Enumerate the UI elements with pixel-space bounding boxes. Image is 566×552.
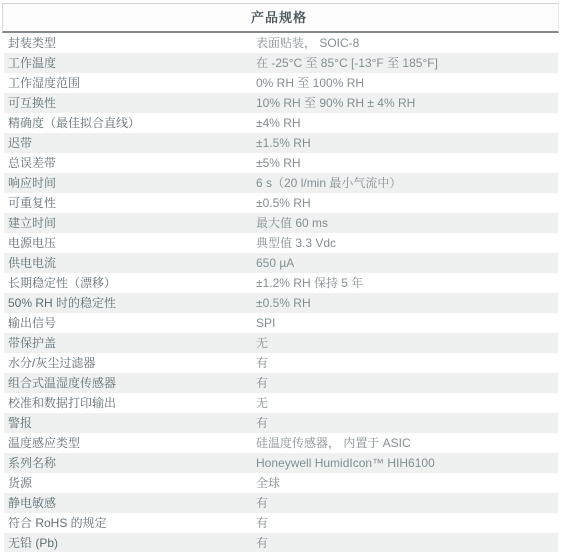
table-row: 温度感应类型 硅温度传感器， 内置于 ASIC [4, 433, 558, 453]
row-label: 电源电压 [4, 233, 252, 253]
table-row: 响应时间 6 s（20 l/min 最小气流中） [4, 173, 558, 193]
row-label: 可重复性 [4, 193, 252, 213]
product-spec-table: 产品规格 封装类型 表面贴装， SOIC-8 工作温度 在 -25°C 至 85… [2, 3, 559, 552]
table-row: 带保护盖 无 [4, 333, 558, 353]
table-row: 静电敏感 有 [4, 493, 558, 513]
row-value: 6 s（20 l/min 最小气流中） [252, 173, 558, 193]
row-label: 带保护盖 [4, 333, 252, 353]
row-value: 无 [252, 393, 558, 413]
row-label: 长期稳定性（漂移） [4, 273, 252, 293]
row-value: 有 [252, 493, 558, 513]
row-value: ±1.5% RH [252, 133, 558, 153]
table-row: 符合 RoHS 的规定 有 [4, 513, 558, 533]
table-row: 可重复性 ±0.5% RH [4, 193, 558, 213]
row-label: 封装类型 [4, 33, 252, 53]
row-label: 温度感应类型 [4, 433, 252, 453]
table-row: 长期稳定性（漂移） ±1.2% RH 保持 5 年 [4, 273, 558, 293]
row-value: 有 [252, 373, 558, 393]
row-value: 650 µA [252, 253, 558, 273]
table-row: 封装类型 表面贴装， SOIC-8 [4, 33, 558, 53]
row-label: 无铅 (Pb) [4, 533, 252, 552]
table-row: 电源电压 典型值 3.3 Vdc [4, 233, 558, 253]
row-label: 输出信号 [4, 313, 252, 333]
table-row: 精确度（最佳拟合直线） ±4% RH [4, 113, 558, 133]
table-row: 50% RH 时的稳定性 ±0.5% RH [4, 293, 558, 313]
table-row: 货源 全球 [4, 473, 558, 493]
table-row: 工作温度 在 -25°C 至 85°C [-13°F 至 185°F] [4, 53, 558, 73]
row-value: 10% RH 至 90% RH ± 4% RH [252, 93, 558, 113]
table-row: 可互换性 10% RH 至 90% RH ± 4% RH [4, 93, 558, 113]
row-value: 硅温度传感器， 内置于 ASIC [252, 433, 558, 453]
row-label: 符合 RoHS 的规定 [4, 513, 252, 533]
row-value: 有 [252, 413, 558, 433]
row-value: 有 [252, 513, 558, 533]
row-label: 组合式温湿度传感器 [4, 373, 252, 393]
table-row: 警报 有 [4, 413, 558, 433]
row-label: 工作湿度范围 [4, 73, 252, 93]
row-value: 在 -25°C 至 85°C [-13°F 至 185°F] [252, 53, 558, 73]
row-value: ±4% RH [252, 113, 558, 133]
row-label: 水分/灰尘过滤器 [4, 353, 252, 373]
row-label: 响应时间 [4, 173, 252, 193]
row-value: ±0.5% RH [252, 193, 558, 213]
row-value: 有 [252, 533, 558, 552]
table-row: 工作湿度范围 0% RH 至 100% RH [4, 73, 558, 93]
row-label: 可互换性 [4, 93, 252, 113]
row-value: 无 [252, 333, 558, 353]
table-header: 产品规格 [2, 3, 559, 33]
row-value: 全球 [252, 473, 558, 493]
table-row: 无铅 (Pb) 有 [4, 533, 558, 552]
row-label: 供电电流 [4, 253, 252, 273]
row-label: 警报 [4, 413, 252, 433]
table-row: 总误差带 ±5% RH [4, 153, 558, 173]
row-value: 有 [252, 353, 558, 373]
table-row: 供电电流 650 µA [4, 253, 558, 273]
row-label: 校准和数据打印输出 [4, 393, 252, 413]
table-row: 系列名称 Honeywell HumidIcon™ HIH6100 [4, 453, 558, 473]
table-row: 迟带 ±1.5% RH [4, 133, 558, 153]
table-title: 产品规格 [251, 4, 307, 31]
table-row: 水分/灰尘过滤器 有 [4, 353, 558, 373]
page: 产品规格 封装类型 表面贴装， SOIC-8 工作温度 在 -25°C 至 85… [0, 0, 566, 552]
row-value: ±1.2% RH 保持 5 年 [252, 273, 558, 293]
row-value: ±0.5% RH [252, 293, 558, 313]
row-value: 表面贴装， SOIC-8 [252, 33, 558, 53]
table-body: 封装类型 表面贴装， SOIC-8 工作温度 在 -25°C 至 85°C [-… [4, 33, 558, 552]
row-value: SPI [252, 313, 558, 333]
row-label: 货源 [4, 473, 252, 493]
row-label: 总误差带 [4, 153, 252, 173]
row-label: 建立时间 [4, 213, 252, 233]
row-label: 迟带 [4, 133, 252, 153]
table-row: 组合式温湿度传感器 有 [4, 373, 558, 393]
table-row: 建立时间 最大值 60 ms [4, 213, 558, 233]
row-value: 最大值 60 ms [252, 213, 558, 233]
row-label: 50% RH 时的稳定性 [4, 293, 252, 313]
row-value: ±5% RH [252, 153, 558, 173]
table-row: 输出信号 SPI [4, 313, 558, 333]
row-value: Honeywell HumidIcon™ HIH6100 [252, 453, 558, 473]
row-label: 系列名称 [4, 453, 252, 473]
row-value: 0% RH 至 100% RH [252, 73, 558, 93]
row-label: 静电敏感 [4, 493, 252, 513]
table-row: 校准和数据打印输出 无 [4, 393, 558, 413]
row-label: 精确度（最佳拟合直线） [4, 113, 252, 133]
row-label: 工作温度 [4, 53, 252, 73]
row-value: 典型值 3.3 Vdc [252, 233, 558, 253]
